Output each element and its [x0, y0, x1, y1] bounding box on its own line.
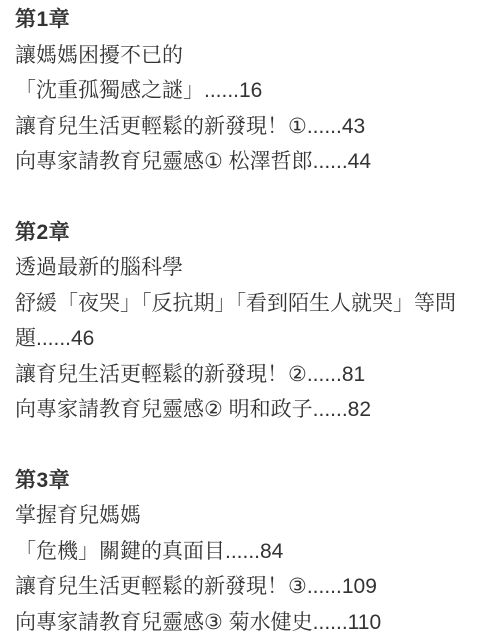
toc-entry-line: 向專家請教育兒靈感② 明和政子......82: [15, 392, 482, 428]
toc-entry[interactable]: 讓育兒生活更輕鬆的新發現！②......81: [15, 357, 482, 393]
toc-entry[interactable]: 透過最新的腦科學 舒緩「夜哭」「反抗期」「看到陌生人就哭」等問 題......4…: [15, 250, 482, 357]
toc-entry-line: 透過最新的腦科學: [15, 250, 482, 286]
toc-entry-line: 舒緩「夜哭」「反抗期」「看到陌生人就哭」等問: [15, 286, 482, 322]
toc-entry-line: 「危機」關鍵的真面目......84: [15, 534, 482, 570]
chapter-1-heading: 第1章: [15, 2, 482, 38]
toc-entry[interactable]: 掌握育兒媽媽 「危機」關鍵的真面目......84: [15, 498, 482, 569]
toc-section-chapter-1: 第1章 讓媽媽困擾不已的 「沈重孤獨感之謎」......16 讓育兒生活更輕鬆的…: [15, 2, 482, 180]
toc-entry-line: 讓育兒生活更輕鬆的新發現！②......81: [15, 357, 482, 393]
chapter-2-heading: 第2章: [15, 215, 482, 251]
toc-page: 第1章 讓媽媽困擾不已的 「沈重孤獨感之謎」......16 讓育兒生活更輕鬆的…: [0, 0, 498, 640]
toc-entry[interactable]: 讓媽媽困擾不已的 「沈重孤獨感之謎」......16: [15, 38, 482, 109]
toc-entry[interactable]: 向專家請教育兒靈感① 松澤哲郎......44: [15, 144, 482, 180]
toc-entry[interactable]: 讓育兒生活更輕鬆的新發現！③......109: [15, 569, 482, 605]
toc-entry[interactable]: 向專家請教育兒靈感③ 菊水健史......110: [15, 605, 482, 640]
toc-entry-line: 讓育兒生活更輕鬆的新發現！③......109: [15, 569, 482, 605]
toc-entry-line: 題......46: [15, 321, 482, 357]
toc-entry-line: 掌握育兒媽媽: [15, 498, 482, 534]
toc-entry-line: 讓育兒生活更輕鬆的新發現！①......43: [15, 109, 482, 145]
chapter-3-heading: 第3章: [15, 463, 482, 499]
toc-section-chapter-3: 第3章 掌握育兒媽媽 「危機」關鍵的真面目......84 讓育兒生活更輕鬆的新…: [15, 463, 482, 640]
toc-entry-line: 讓媽媽困擾不已的: [15, 38, 482, 74]
toc-entry[interactable]: 讓育兒生活更輕鬆的新發現！①......43: [15, 109, 482, 145]
toc-entry-line: 向專家請教育兒靈感③ 菊水健史......110: [15, 605, 482, 640]
toc-entry[interactable]: 向專家請教育兒靈感② 明和政子......82: [15, 392, 482, 428]
toc-entry-line: 向專家請教育兒靈感① 松澤哲郎......44: [15, 144, 482, 180]
toc-entry-line: 「沈重孤獨感之謎」......16: [15, 73, 482, 109]
toc-section-chapter-2: 第2章 透過最新的腦科學 舒緩「夜哭」「反抗期」「看到陌生人就哭」等問 題...…: [15, 215, 482, 428]
